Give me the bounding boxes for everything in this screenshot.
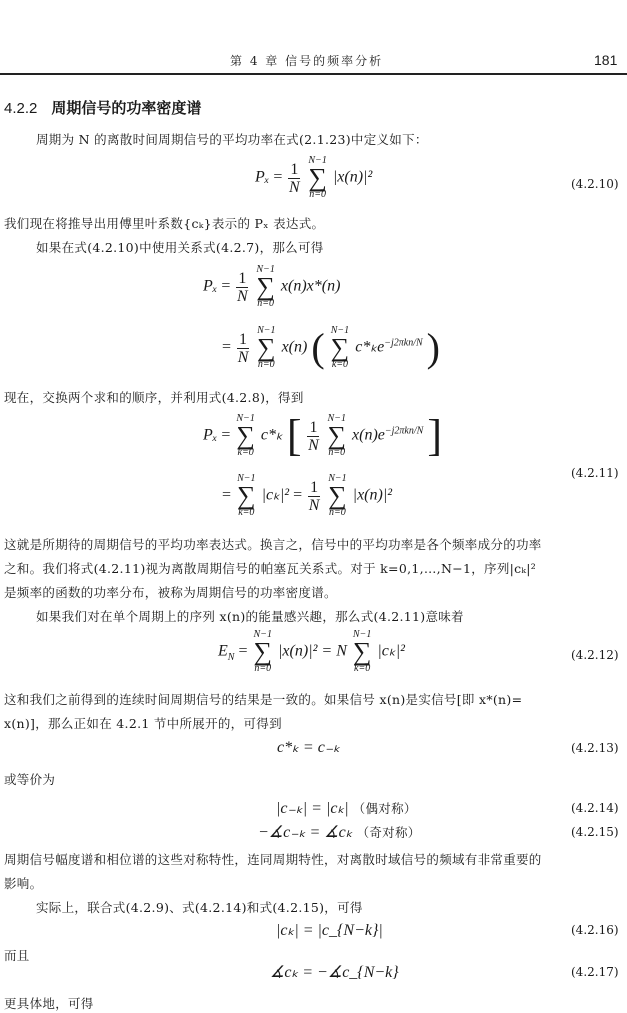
equation-power-expansion-2: = 1N N−1∑n=0 x(n) ( N−1∑k=0 c*ₖe−j2πkn/N… bbox=[222, 326, 440, 370]
equation-4-2-15: −∡c₋ₖ = ∡cₖ （奇对称） bbox=[258, 822, 421, 842]
paragraph-line: x(n)]，那么正如在 4.2.1 节中所展开的，可得到 bbox=[4, 714, 282, 732]
paragraph: 如果在式(4.2.10)中使用关系式(4.2.7)，那么可得 bbox=[36, 238, 324, 256]
paragraph-line: 影响。 bbox=[4, 874, 42, 892]
eq-lhs: Pₓ bbox=[255, 169, 269, 186]
equation-4-2-11-line1: Pₓ = N−1∑k=0 c*ₖ [ 1N N−1∑n=0 x(n)e−j2πk… bbox=[203, 414, 442, 458]
equation-4-2-17: ∡cₖ = −∡c_{N−k} bbox=[270, 962, 399, 982]
paragraph-line: 是频率的函数的功率分布，被称为周期信号的功率密度谱。 bbox=[4, 583, 337, 601]
equation-power-expansion-1: Pₓ = 1N N−1∑n=0 x(n)x*(n) bbox=[203, 265, 340, 309]
paragraph-line: 周期信号幅度谱和相位谱的这些对称特性，连同周期特性，对离散时域信号的频域有非常重… bbox=[4, 850, 542, 868]
header-rule bbox=[0, 73, 627, 75]
equation-number: (4.2.15) bbox=[571, 825, 619, 839]
equation-4-2-16: |cₖ| = |c_{N−k}| bbox=[276, 920, 383, 940]
summation: N−1∑n=0 bbox=[308, 156, 327, 200]
paragraph-line: 这和我们之前得到的连续时间周期信号的结果是一致的。如果信号 x(n)是实信号[即… bbox=[4, 690, 522, 708]
equation-number: (4.2.12) bbox=[571, 648, 619, 662]
paragraph: 如果我们对在单个周期上的序列 x(n)的能量感兴趣，那么式(4.2.11)意味着 bbox=[36, 607, 464, 625]
section-title: 周期信号的功率密度谱 bbox=[51, 100, 201, 117]
paragraph: 更具体地，可得 bbox=[4, 994, 94, 1012]
equation-number: (4.2.11) bbox=[571, 466, 619, 480]
fraction: 1N bbox=[288, 161, 300, 196]
running-header-chapter: 第 4 章 信号的频率分析 bbox=[230, 52, 383, 69]
paragraph-line: 这就是所期待的周期信号的平均功率表达式。换言之，信号中的平均功率是各个频率成分的… bbox=[4, 535, 542, 553]
equation-4-2-13: c*ₖ = c₋ₖ bbox=[277, 737, 340, 757]
paragraph: 实际上，联合式(4.2.9)、式(4.2.14)和式(4.2.15)，可得 bbox=[36, 898, 363, 916]
paragraph: 而且 bbox=[4, 946, 30, 964]
page-number: 181 bbox=[594, 52, 617, 68]
equation-4-2-10: Pₓ = 1N N−1∑n=0 |x(n)|² bbox=[255, 156, 372, 200]
equation-4-2-11-line2: = N−1∑k=0 |cₖ|² = 1N N−1∑n=0 |x(n)|² bbox=[222, 474, 392, 518]
paragraph: 周期为 N 的离散时间周期信号的平均功率在式(2.1.23)中定义如下： bbox=[36, 130, 428, 148]
paragraph: 现在，交换两个求和的顺序，并利用式(4.2.8)，得到 bbox=[4, 388, 304, 406]
equation-number: (4.2.14) bbox=[571, 801, 619, 815]
paragraph: 或等价为 bbox=[4, 770, 55, 788]
equation-number: (4.2.17) bbox=[571, 965, 619, 979]
equation-number: (4.2.16) bbox=[571, 923, 619, 937]
section-number: 4.2.2 bbox=[4, 100, 37, 117]
equation-number: (4.2.13) bbox=[571, 741, 619, 755]
equation-number: (4.2.10) bbox=[571, 177, 619, 191]
equation-4-2-14: |c₋ₖ| = |cₖ| （偶对称） bbox=[276, 798, 417, 818]
paragraph-line: 之和。我们将式(4.2.11)视为离散周期信号的帕塞瓦关系式。对于 k=0,1,… bbox=[4, 559, 536, 577]
section-heading: 4.2.2周期信号的功率密度谱 bbox=[4, 97, 201, 118]
equation-4-2-12: EN = N−1∑n=0 |x(n)|² = N N−1∑k=0 |cₖ|² bbox=[218, 630, 405, 674]
paragraph: 我们现在将推导出用傅里叶系数{cₖ}表示的 Pₓ 表达式。 bbox=[4, 214, 324, 232]
